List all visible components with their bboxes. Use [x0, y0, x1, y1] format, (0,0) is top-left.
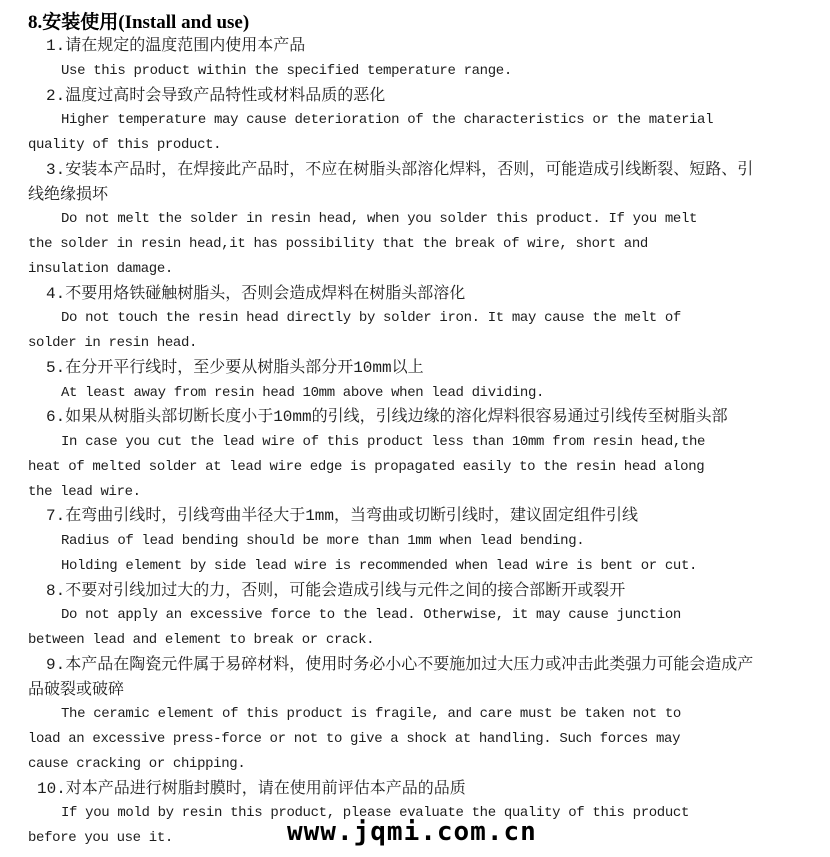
text-line: Higher temperature may cause deteriorati…	[0, 108, 830, 133]
text-line: 10.对本产品进行树脂封膜时，请在使用前评估本产品的品质	[0, 777, 830, 802]
watermark: www.jqmi.com.cn	[287, 817, 537, 847]
text-line: the solder in resin head,it has possibil…	[0, 232, 830, 257]
text-line: At least away from resin head 10mm above…	[0, 381, 830, 406]
text-line: heat of melted solder at lead wire edge …	[0, 455, 830, 480]
text-line: Do not touch the resin head directly by …	[0, 306, 830, 331]
text-line: 线绝缘损坏	[0, 183, 830, 208]
text-line: 9.本产品在陶瓷元件属于易碎材料，使用时务必小心不要施加过大压力或冲击此类强力可…	[0, 653, 830, 678]
section-title: 8.安装使用(Install and use)	[28, 7, 249, 34]
text-line: between lead and element to break or cra…	[0, 628, 830, 653]
text-line: solder in resin head.	[0, 331, 830, 356]
text-line: 3.安装本产品时，在焊接此产品时，不应在树脂头部溶化焊料，否则，可能造成引线断裂…	[0, 158, 830, 183]
text-line: the lead wire.	[0, 480, 830, 505]
text-line: 2.温度过高时会导致产品特性或材料品质的恶化	[0, 84, 830, 109]
text-line: Holding element by side lead wire is rec…	[0, 554, 830, 579]
text-line: 4.不要用烙铁碰触树脂头，否则会造成焊料在树脂头部溶化	[0, 282, 830, 307]
text-line: 7.在弯曲引线时，引线弯曲半径大于1mm，当弯曲或切断引线时，建议固定组件引线	[0, 504, 830, 529]
text-line: load an excessive press-force or not to …	[0, 727, 830, 752]
text-line: The ceramic element of this product is f…	[0, 702, 830, 727]
text-line: 6.如果从树脂头部切断长度小于10mm的引线，引线边缘的溶化焊料很容易通过引线传…	[0, 405, 830, 430]
text-line: 1.请在规定的温度范围内使用本产品	[0, 34, 830, 59]
text-line: Do not apply an excessive force to the l…	[0, 603, 830, 628]
text-line: quality of this product.	[0, 133, 830, 158]
text-line: Do not melt the solder in resin head, wh…	[0, 207, 830, 232]
text-line: cause cracking or chipping.	[0, 752, 830, 777]
text-line: In case you cut the lead wire of this pr…	[0, 430, 830, 455]
text-line: 8.不要对引线加过大的力，否则，可能会造成引线与元件之间的接合部断开或裂开	[0, 579, 830, 604]
text-line: Use this product within the specified te…	[0, 59, 830, 84]
text-line: 品破裂或破碎	[0, 678, 830, 703]
text-line: insulation damage.	[0, 257, 830, 282]
body-text: 1.请在规定的温度范围内使用本产品Use this product within…	[0, 34, 830, 851]
text-line: Radius of lead bending should be more th…	[0, 529, 830, 554]
document-page: 8.安装使用(Install and use) 1.请在规定的温度范围内使用本产…	[0, 0, 830, 857]
text-line: 5.在分开平行线时，至少要从树脂头部分开10mm以上	[0, 356, 830, 381]
